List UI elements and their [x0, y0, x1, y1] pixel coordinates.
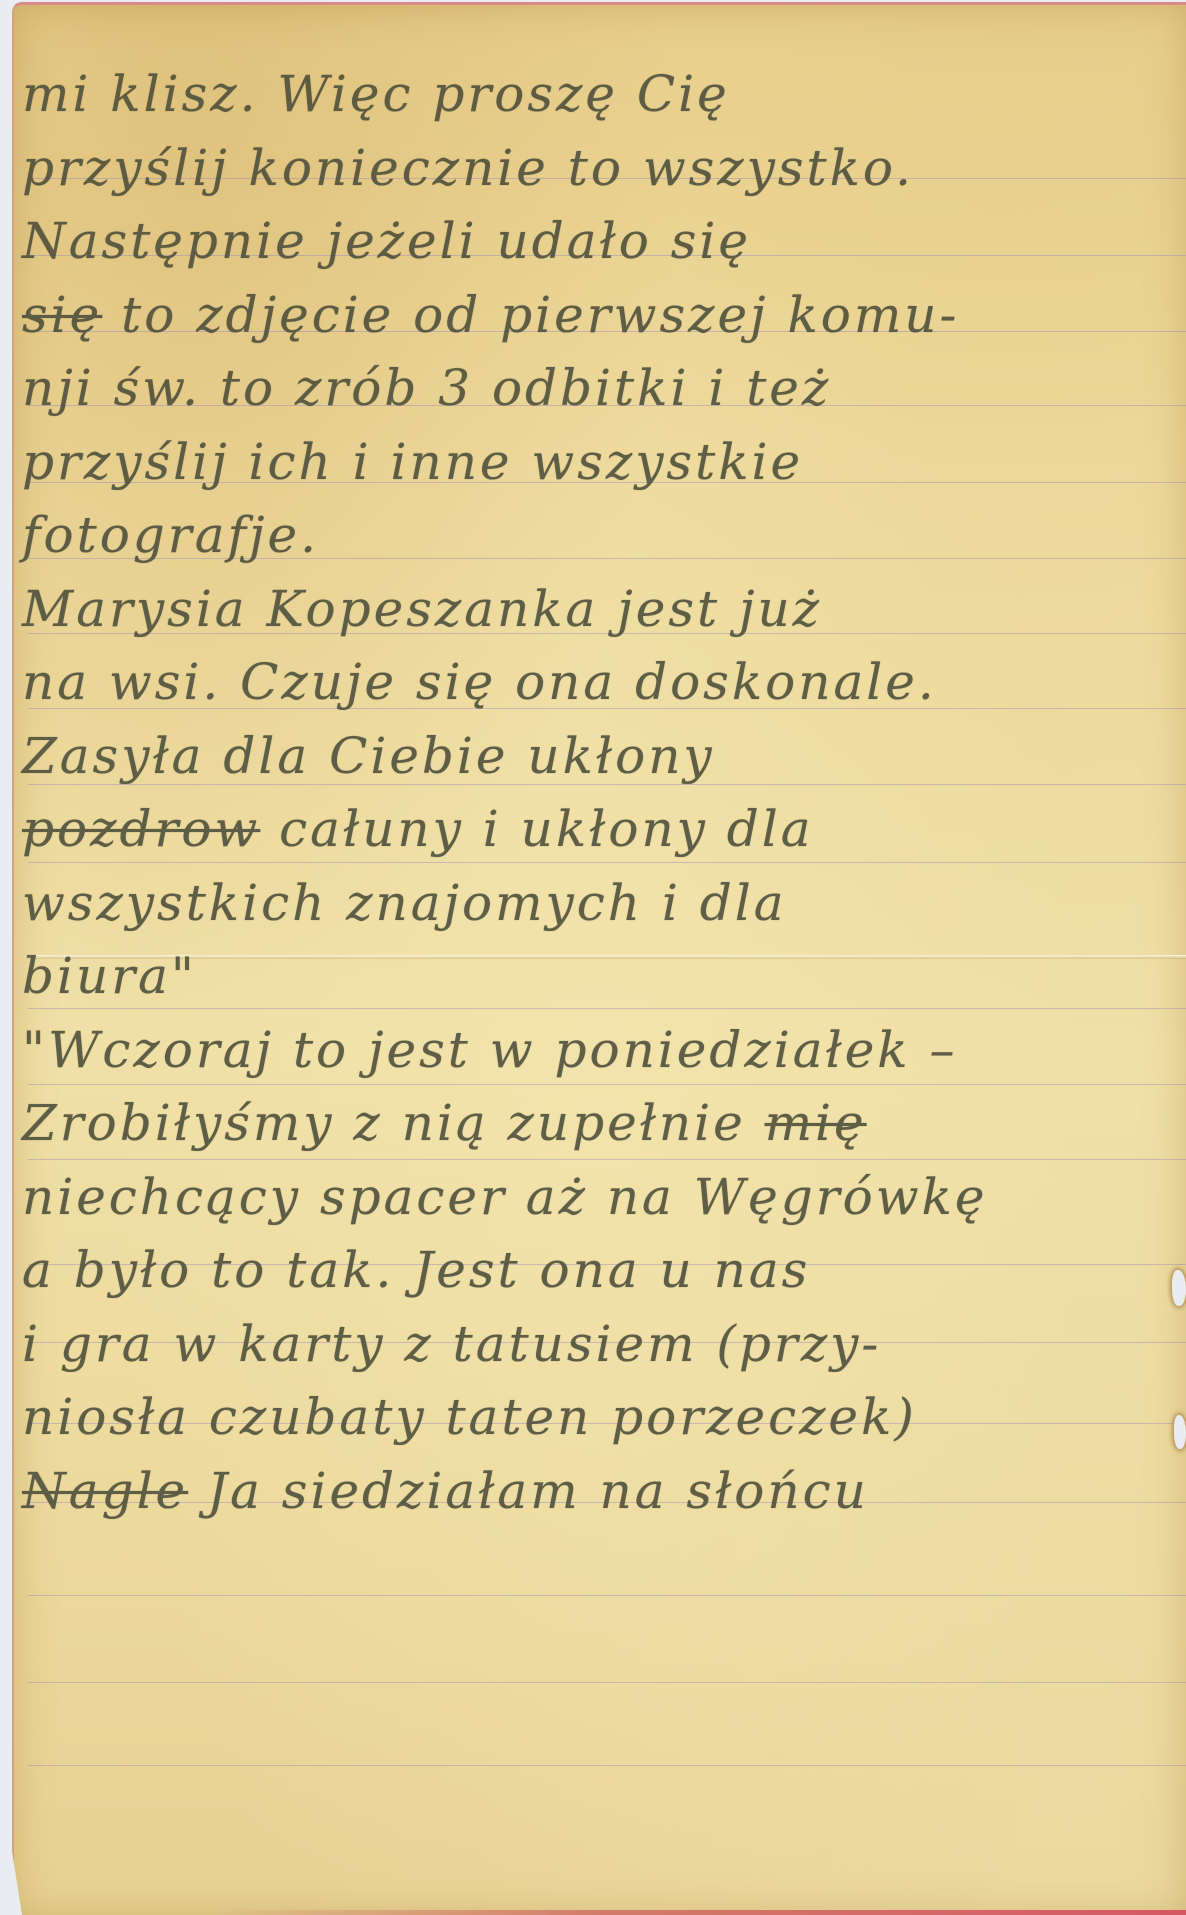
letter-line: niosła czubaty taten porzeczek) [22, 1381, 1172, 1455]
struck-word: mię [765, 1094, 867, 1152]
paper-corner [0, 1775, 22, 1915]
letter-line: Zrobiłyśmy z nią zupełnie mię [22, 1087, 1172, 1161]
letter-line: Zasyła dla Ciebie ukłony [22, 720, 1172, 794]
struck-word: Nagle [22, 1462, 188, 1520]
letter-line: przyślij koniecznie to wszystko. [22, 132, 1172, 206]
paper-tear-hole [1172, 1270, 1186, 1306]
letter-line: mi klisz. Więc proszę Cię [22, 58, 1172, 132]
edge-stain [214, 1910, 1186, 1915]
letter-line: Nagle Ja siedziałam na słońcu [22, 1455, 1172, 1529]
ruled-line [28, 1682, 1186, 1683]
letter-text: mi klisz. Więc proszę Cię przyślij konie… [22, 58, 1172, 1528]
letter-line: i gra w karty z tatusiem (przy- [22, 1308, 1172, 1382]
letter-line: Następnie jeżeli udało się [22, 205, 1172, 279]
letter-line: Marysia Kopeszanka jest już [22, 573, 1172, 647]
struck-word: pozdrow [22, 800, 260, 858]
letter-line: a było to tak. Jest ona u nas [22, 1234, 1172, 1308]
letter-line: przyślij ich i inne wszystkie [22, 426, 1172, 500]
ruled-line [28, 1595, 1186, 1596]
letter-line: "Wczoraj to jest w poniedziałek – [22, 1014, 1172, 1088]
letter-line: fotografje. [22, 499, 1172, 573]
letter-line: się to zdjęcie od pierwszej komu- [22, 279, 1172, 353]
letter-line: nji św. to zrób 3 odbitki i też [22, 352, 1172, 426]
letter-line: biura" [22, 940, 1172, 1014]
paper-tear-hole [1174, 1415, 1186, 1449]
letter-line: wszystkich znajomych i dla [22, 867, 1172, 941]
letter-line: na wsi. Czuje się ona doskonale. [22, 646, 1172, 720]
letter-line: pozdrow całuny i ukłony dla [22, 793, 1172, 867]
ruled-line [28, 1765, 1186, 1766]
struck-word: się [22, 286, 102, 344]
letter-line: niechcący spacer aż na Węgrówkę [22, 1161, 1172, 1235]
